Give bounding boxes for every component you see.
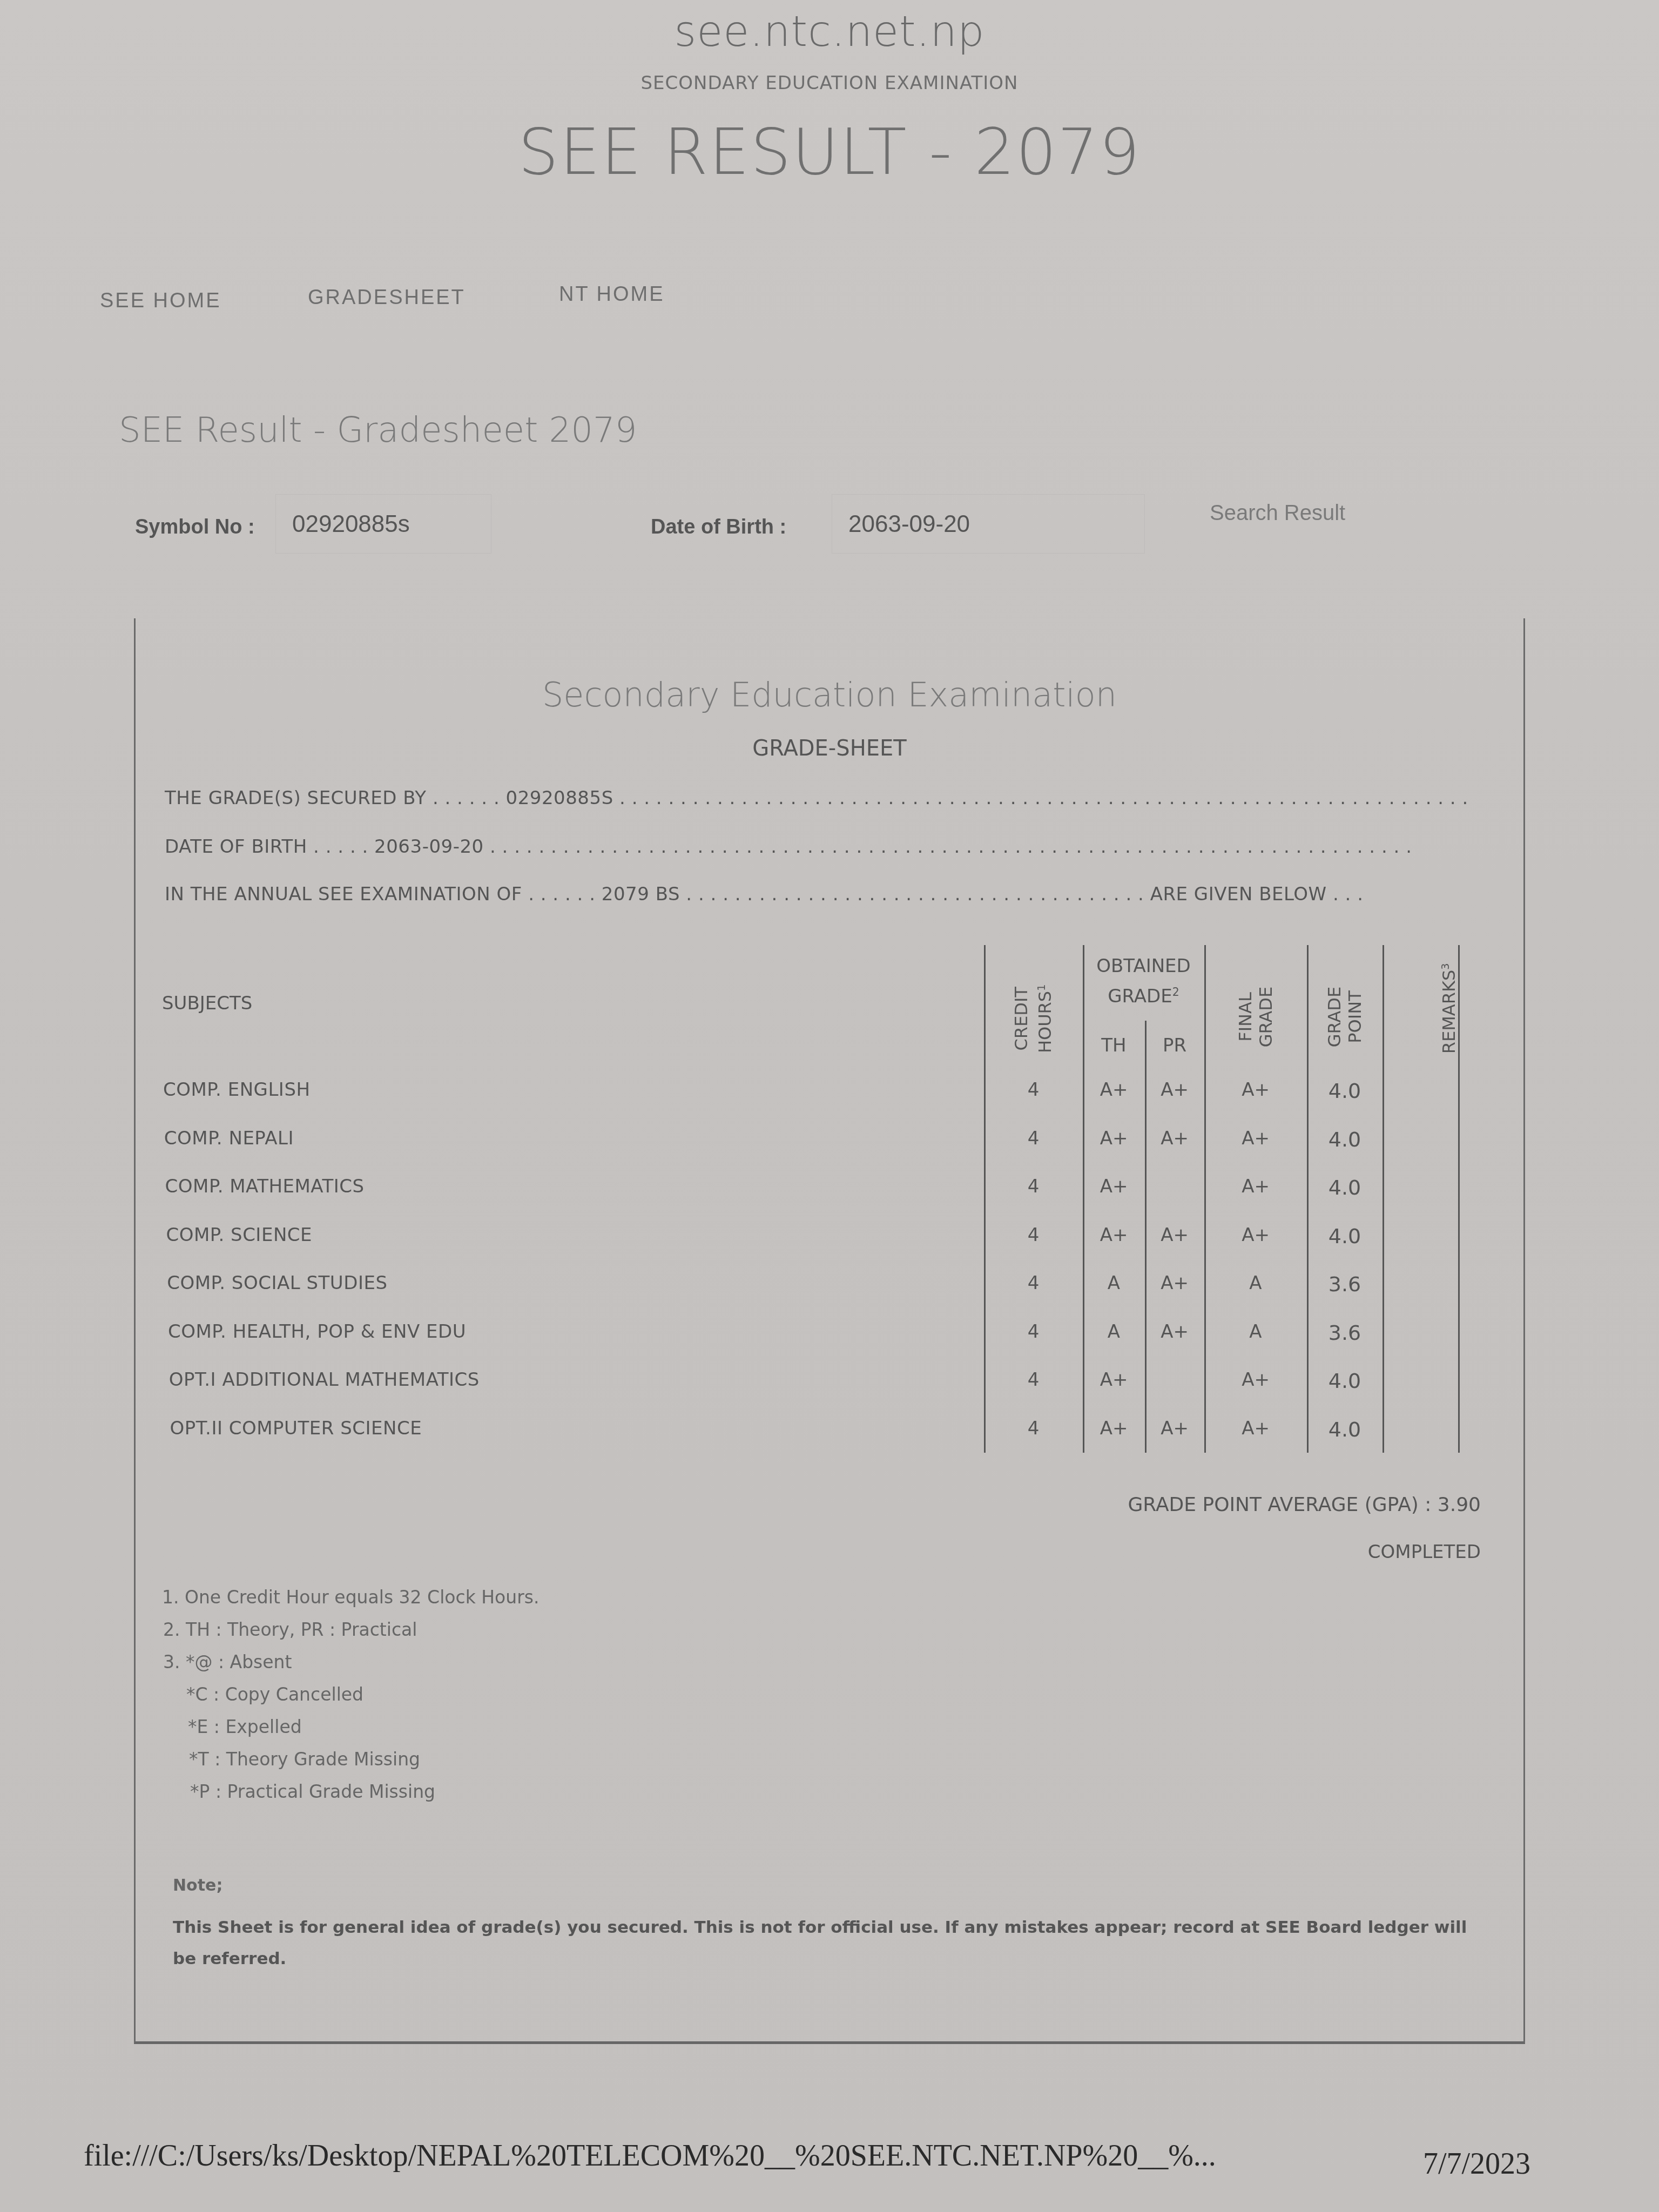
cell-grade-point: 4.0 bbox=[1307, 1224, 1382, 1248]
gradesheet-subtitle: GRADE-SHEET bbox=[0, 736, 1659, 761]
cell-final-grade: A+ bbox=[1204, 1176, 1307, 1197]
legend-item: *P : Practical Grade Missing bbox=[190, 1781, 435, 1802]
legend-item: 1. One Credit Hour equals 32 Clock Hours… bbox=[162, 1587, 539, 1608]
cell-credit-hours: 4 bbox=[984, 1079, 1083, 1101]
cell-grade-point: 4.0 bbox=[1307, 1369, 1382, 1393]
cell-credit-hours: 4 bbox=[984, 1224, 1083, 1246]
cell-grade-point: 3.6 bbox=[1307, 1272, 1382, 1296]
cell-th-grade: A+ bbox=[1083, 1176, 1145, 1197]
table-row-subject: COMP. NEPALI bbox=[164, 1128, 294, 1149]
cell-pr-grade: A+ bbox=[1145, 1224, 1204, 1246]
legend-item: *C : Copy Cancelled bbox=[186, 1684, 363, 1705]
legend-item: 2. TH : Theory, PR : Practical bbox=[163, 1619, 417, 1640]
cell-th-grade: A+ bbox=[1083, 1079, 1145, 1101]
cell-final-grade: A bbox=[1204, 1272, 1307, 1294]
dob-line: DATE OF BIRTH . . . . . 2063-09-20 . . .… bbox=[165, 836, 1412, 858]
nav-nt-home[interactable]: NT HOME bbox=[559, 283, 665, 306]
symbol-label: Symbol No : bbox=[135, 516, 255, 539]
gradesheet-title: Secondary Education Examination bbox=[0, 675, 1659, 714]
column-divider bbox=[1382, 945, 1384, 1453]
cell-final-grade: A+ bbox=[1204, 1079, 1307, 1101]
exam-line: IN THE ANNUAL SEE EXAMINATION OF . . . .… bbox=[165, 884, 1363, 905]
cell-final-grade: A+ bbox=[1204, 1418, 1307, 1439]
col-final-grade: FINALGRADE bbox=[1235, 952, 1276, 1082]
cell-th-grade: A+ bbox=[1083, 1128, 1145, 1149]
cell-th-grade: A+ bbox=[1083, 1369, 1145, 1391]
cell-th-grade: A bbox=[1083, 1272, 1145, 1294]
cell-credit-hours: 4 bbox=[984, 1369, 1083, 1391]
site-subtitle: SECONDARY EDUCATION EXAMINATION bbox=[0, 72, 1659, 94]
legend-item: *T : Theory Grade Missing bbox=[189, 1749, 420, 1770]
gpa: GRADE POINT AVERAGE (GPA) : 3.90 bbox=[1128, 1494, 1481, 1516]
cell-grade-point: 3.6 bbox=[1307, 1321, 1382, 1345]
dob-input[interactable]: 2063-09-20 bbox=[832, 494, 1145, 554]
cell-th-grade: A+ bbox=[1083, 1224, 1145, 1246]
cell-th-grade: A+ bbox=[1083, 1418, 1145, 1439]
cell-final-grade: A+ bbox=[1204, 1369, 1307, 1391]
cell-pr-grade: A+ bbox=[1145, 1272, 1204, 1294]
cell-credit-hours: 4 bbox=[984, 1128, 1083, 1149]
col-remarks: REMARKS3 bbox=[1435, 943, 1460, 1073]
cell-credit-hours: 4 bbox=[984, 1176, 1083, 1197]
note-label: Note; bbox=[173, 1876, 222, 1895]
nav-see-home[interactable]: SEE HOME bbox=[100, 289, 221, 313]
cell-credit-hours: 4 bbox=[984, 1321, 1083, 1343]
dob-label: Date of Birth : bbox=[651, 516, 786, 539]
cell-grade-point: 4.0 bbox=[1307, 1418, 1382, 1441]
note-text: This Sheet is for general idea of grade(… bbox=[173, 1912, 1469, 1974]
symbol-input[interactable]: 02920885s bbox=[275, 494, 491, 554]
table-row-subject: OPT.I ADDITIONAL MATHEMATICS bbox=[169, 1369, 480, 1391]
search-result-button[interactable]: Search Result bbox=[1210, 501, 1345, 525]
col-obtained-grade: OBTAINEDGRADE2 bbox=[1083, 953, 1204, 1009]
secured-by-line: THE GRADE(S) SECURED BY . . . . . . 0292… bbox=[165, 787, 1468, 809]
print-footer-url: file:///C:/Users/ks/Desktop/NEPAL%20TELE… bbox=[84, 2139, 1216, 2173]
legend-item: *E : Expelled bbox=[188, 1716, 302, 1737]
table-row-subject: COMP. HEALTH, POP & ENV EDU bbox=[168, 1321, 466, 1343]
print-footer-date: 7/7/2023 bbox=[1423, 2147, 1530, 2181]
cell-credit-hours: 4 bbox=[984, 1418, 1083, 1439]
cell-final-grade: A+ bbox=[1204, 1224, 1307, 1246]
col-subjects: SUBJECTS bbox=[162, 993, 252, 1014]
cell-grade-point: 4.0 bbox=[1307, 1128, 1382, 1151]
table-row-subject: COMP. SOCIAL STUDIES bbox=[167, 1272, 387, 1294]
site-url: see.ntc.net.np bbox=[0, 8, 1659, 56]
cell-pr-grade: A+ bbox=[1145, 1128, 1204, 1149]
col-credit-hours: CREDITHOURS1 bbox=[1011, 954, 1056, 1083]
site-title: SEE RESULT - 2079 bbox=[0, 114, 1659, 189]
cell-pr-grade: A+ bbox=[1145, 1321, 1204, 1343]
cell-th-grade: A bbox=[1083, 1321, 1145, 1343]
table-row-subject: COMP. ENGLISH bbox=[163, 1079, 311, 1101]
cell-pr-grade: A+ bbox=[1145, 1079, 1204, 1101]
table-row-subject: COMP. SCIENCE bbox=[166, 1224, 312, 1246]
nav-gradesheet[interactable]: GRADESHEET bbox=[308, 286, 466, 309]
legend-item: 3. *@ : Absent bbox=[163, 1651, 292, 1673]
cell-credit-hours: 4 bbox=[984, 1272, 1083, 1294]
page-heading: SEE Result - Gradesheet 2079 bbox=[119, 410, 637, 450]
cell-final-grade: A+ bbox=[1204, 1128, 1307, 1149]
cell-grade-point: 4.0 bbox=[1307, 1176, 1382, 1199]
cell-grade-point: 4.0 bbox=[1307, 1079, 1382, 1103]
cell-pr-grade: A+ bbox=[1145, 1418, 1204, 1439]
cell-final-grade: A bbox=[1204, 1321, 1307, 1343]
result-status: COMPLETED bbox=[1368, 1541, 1481, 1563]
col-grade-point: GRADEPOINT bbox=[1324, 952, 1365, 1082]
col-pr: PR bbox=[1145, 1033, 1204, 1058]
col-th: TH bbox=[1083, 1033, 1145, 1058]
table-row-subject: OPT.II COMPUTER SCIENCE bbox=[170, 1418, 422, 1439]
table-row-subject: COMP. MATHEMATICS bbox=[165, 1176, 365, 1197]
